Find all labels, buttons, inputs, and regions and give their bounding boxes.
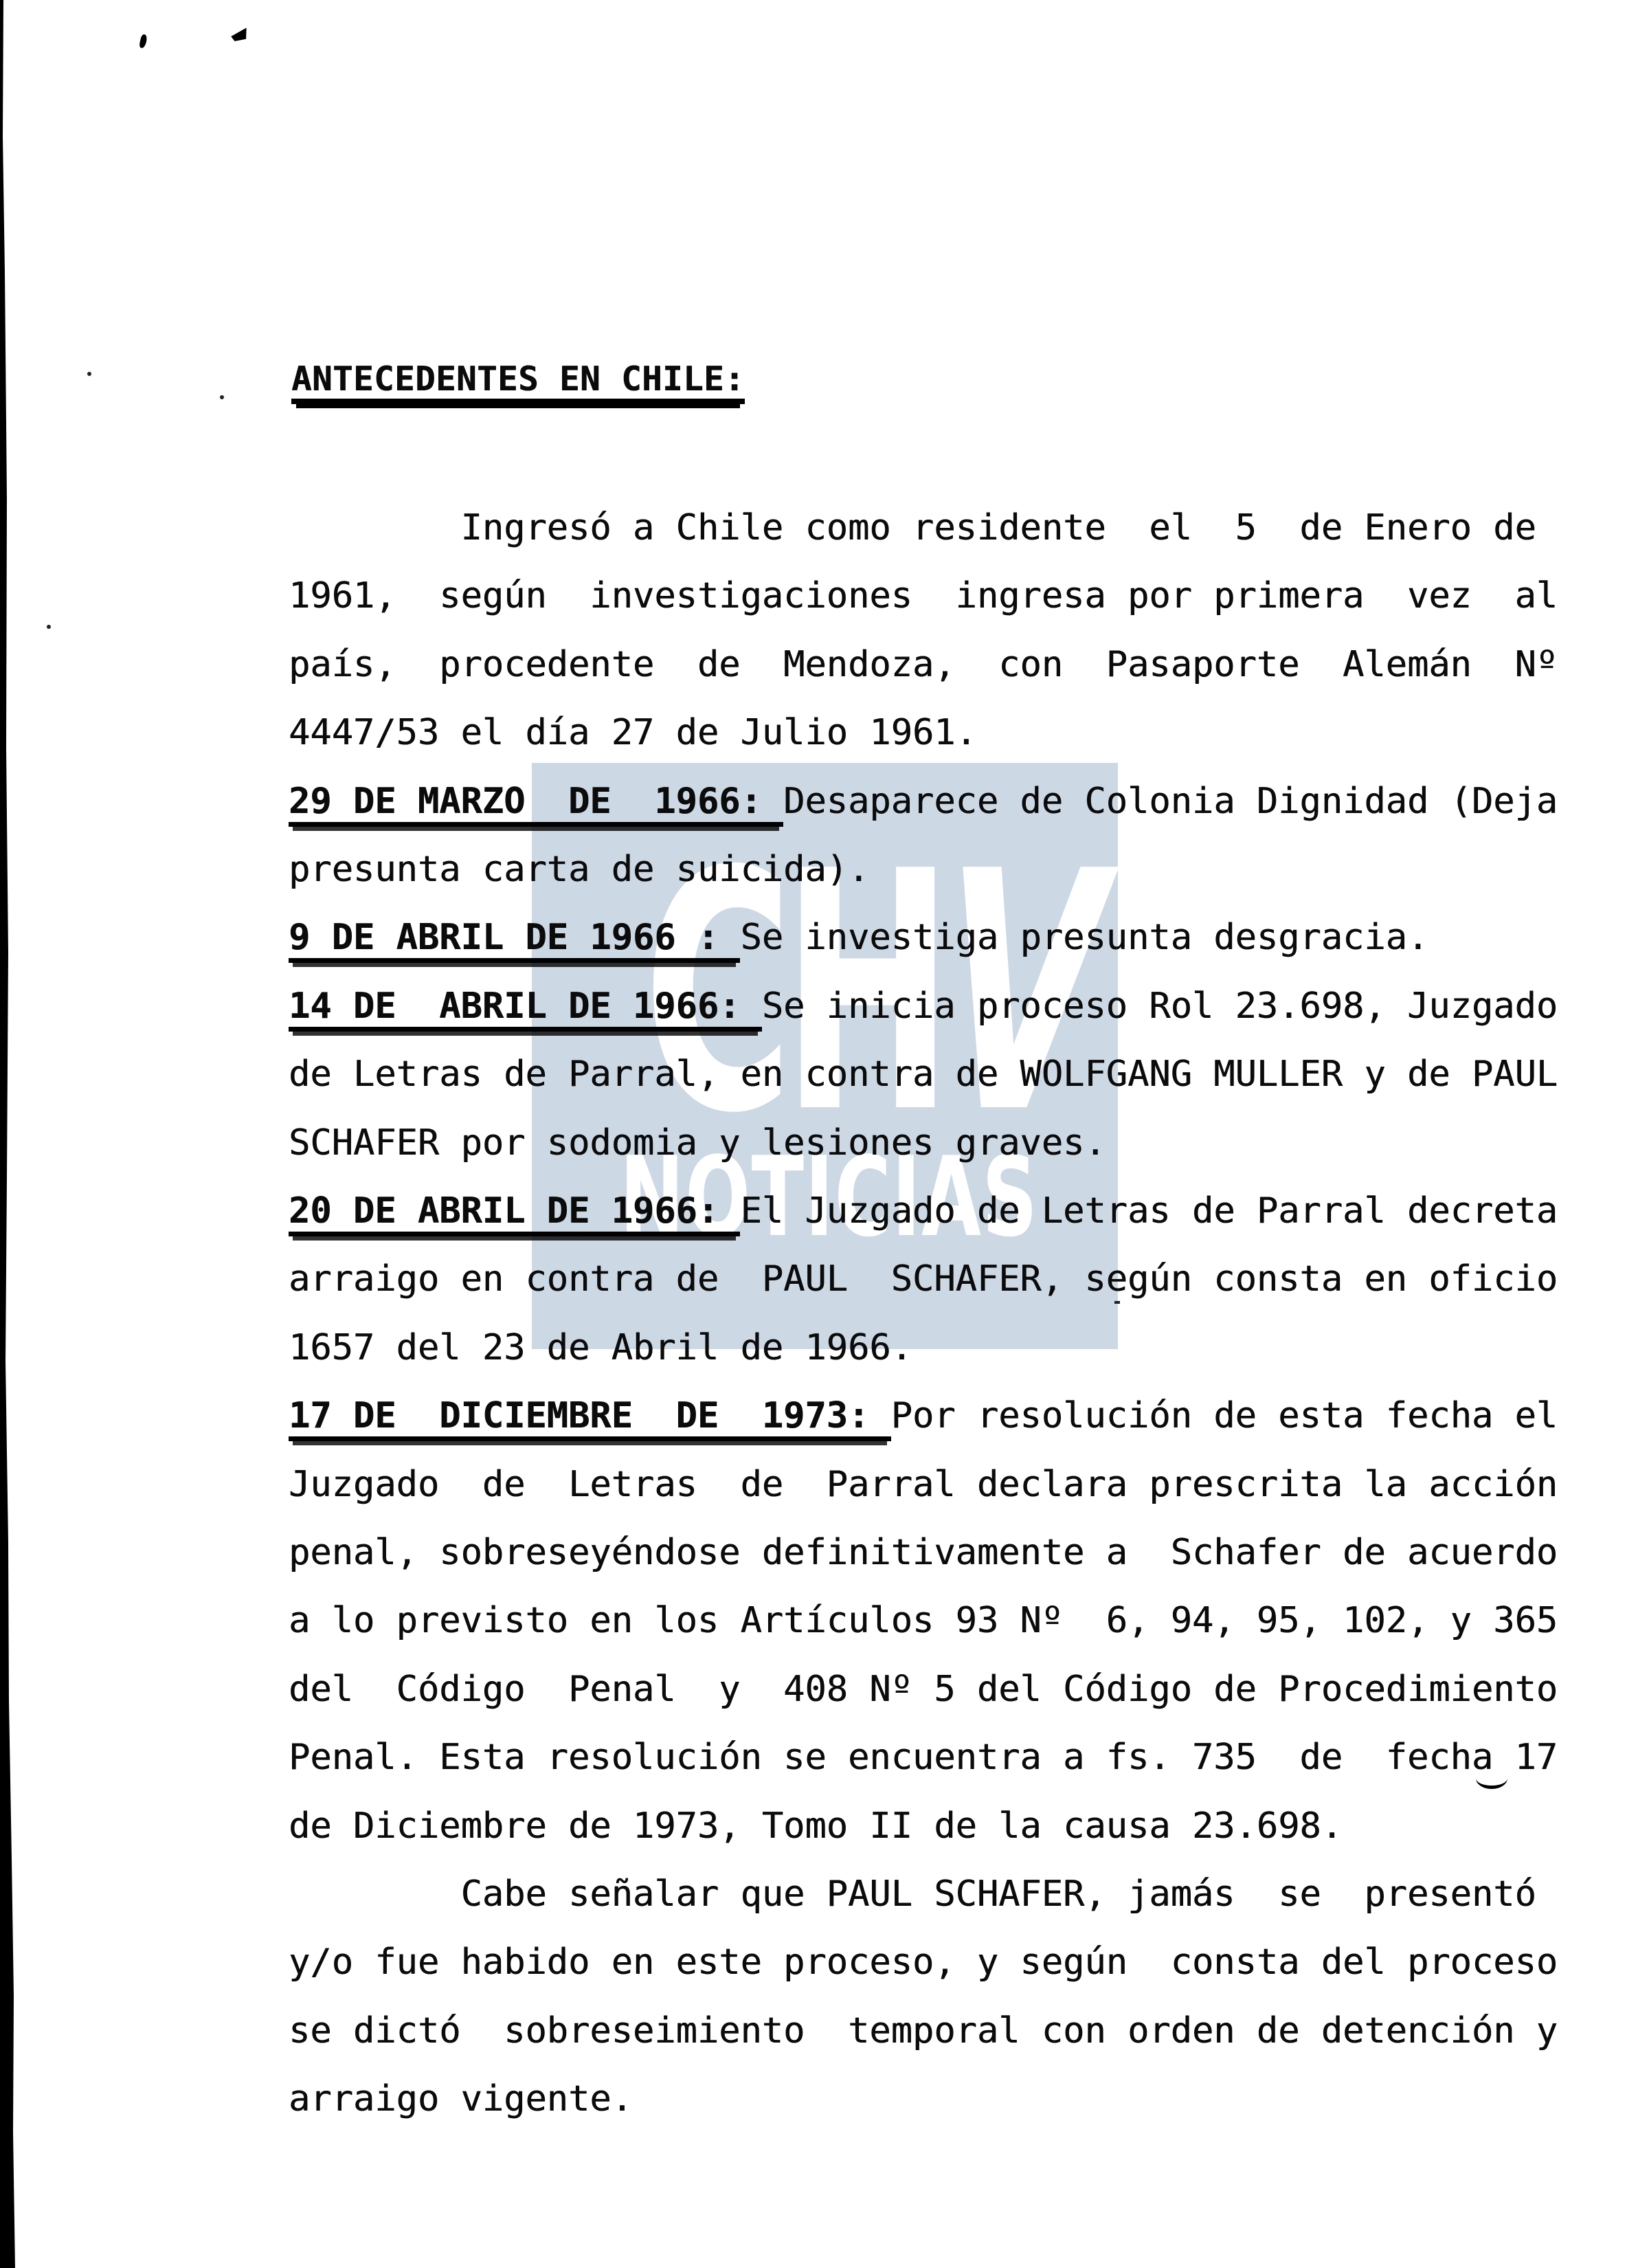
text-line: a lo previsto en los Artículos 93 Nº 6, … [289, 1600, 1558, 1641]
line-text: del Código Penal y 408 Nº 5 del Código d… [289, 1669, 1558, 1710]
text-line: 1657 del 23 de Abril de 1966. [289, 1327, 912, 1368]
ink-speck [220, 395, 224, 399]
line-text: Penal. Esta resolución se encuentra a fs… [289, 1737, 1558, 1778]
text-line: 20 DE ABRIL DE 1966: El Juzgado de Letra… [289, 1190, 1558, 1232]
text-line: penal, sobreseyéndose definitivamente a … [289, 1532, 1558, 1573]
line-text: Desaparece de Colonia Dignidad (Deja [783, 781, 1558, 822]
line-text: Juzgado de Letras de Parral declara pres… [289, 1464, 1558, 1505]
ink-speck [87, 372, 91, 376]
text-line: presunta carta de suicida). [289, 849, 869, 890]
text-line: 4447/53 el día 27 de Julio 1961. [289, 712, 977, 753]
line-text: 4447/53 el día 27 de Julio 1961. [289, 712, 977, 753]
line-text: y/o fue habido en este proceso, y según … [289, 1942, 1558, 1983]
text-line: arraigo vigente. [289, 2078, 633, 2120]
line-text: país, procedente de Mendoza, con Pasapor… [289, 644, 1558, 685]
text-line: se dictó sobreseimiento temporal con ord… [289, 2010, 1558, 2052]
line-text: El Juzgado de Letras de Parral decreta [740, 1190, 1558, 1232]
text-line: y/o fue habido en este proceso, y según … [289, 1942, 1558, 1983]
scanned-document-page: CHV NOTICIAS ANTECEDENTES EN CHILE: Ingr… [0, 0, 1649, 2268]
date-heading: 9 DE ABRIL DE 1966 : [289, 917, 740, 963]
line-text: Se inicia proceso Rol 23.698, Juzgado [762, 986, 1558, 1027]
line-text: Por resolución de esta fecha el [891, 1395, 1558, 1436]
date-heading: 20 DE ABRIL DE 1966: [289, 1190, 740, 1236]
date-heading: 29 DE MARZO DE 1966: [289, 781, 783, 827]
line-text: presunta carta de suicida). [289, 849, 869, 890]
document-title: ANTECEDENTES EN CHILE: [291, 360, 745, 404]
line-text: SCHAFER por sodomia y lesiones graves. [289, 1122, 1106, 1164]
text-line: 14 DE ABRIL DE 1966: Se inicia proceso R… [289, 986, 1558, 1027]
text-line: 29 DE MARZO DE 1966: Desaparece de Colon… [289, 781, 1558, 822]
text-line: 1961, según investigaciones ingresa por … [289, 575, 1558, 616]
line-text: Cabe señalar que PAUL SCHAFER, jamás se … [289, 1874, 1536, 1915]
line-text: de Diciembre de 1973, Tomo II de la caus… [289, 1805, 1343, 1847]
text-line: Ingresó a Chile como residente el 5 de E… [289, 507, 1536, 548]
line-text: penal, sobreseyéndose definitivamente a … [289, 1532, 1558, 1573]
text-line: del Código Penal y 408 Nº 5 del Código d… [289, 1669, 1558, 1710]
date-heading: 17 DE DICIEMBRE DE 1973: [289, 1395, 891, 1441]
line-text: Ingresó a Chile como residente el 5 de E… [289, 507, 1536, 548]
text-line: Cabe señalar que PAUL SCHAFER, jamás se … [289, 1874, 1536, 1915]
line-text: arraigo vigente. [289, 2078, 633, 2120]
line-text: arraigo en contra de PAUL SCHAFER, según… [289, 1258, 1558, 1300]
text-line: SCHAFER por sodomia y lesiones graves. [289, 1122, 1106, 1164]
text-line: de Letras de Parral, en contra de WOLFGA… [289, 1054, 1558, 1095]
line-text: Se investiga presunta desgracia. [740, 917, 1428, 958]
ink-speck [47, 625, 51, 629]
date-heading: 14 DE ABRIL DE 1966: [289, 986, 762, 1032]
text-line: 9 DE ABRIL DE 1966 : Se investiga presun… [289, 917, 1428, 958]
line-text: a lo previsto en los Artículos 93 Nº 6, … [289, 1600, 1558, 1641]
text-line: de Diciembre de 1973, Tomo II de la caus… [289, 1805, 1343, 1847]
text-line: arraigo en contra de PAUL SCHAFER, según… [289, 1258, 1558, 1300]
line-text: 1961, según investigaciones ingresa por … [289, 575, 1558, 616]
line-text: 1657 del 23 de Abril de 1966. [289, 1327, 912, 1368]
ink-speck [1114, 1301, 1120, 1304]
line-text: se dictó sobreseimiento temporal con ord… [289, 2010, 1558, 2052]
text-line: Juzgado de Letras de Parral declara pres… [289, 1464, 1558, 1505]
text-line: país, procedente de Mendoza, con Pasapor… [289, 644, 1558, 685]
document-content: ANTECEDENTES EN CHILE: Ingresó a Chile c… [0, 0, 1649, 2268]
line-text: de Letras de Parral, en contra de WOLFGA… [289, 1054, 1558, 1095]
text-line: Penal. Esta resolución se encuentra a fs… [289, 1737, 1558, 1778]
text-line: 17 DE DICIEMBRE DE 1973: Por resolución … [289, 1395, 1558, 1436]
